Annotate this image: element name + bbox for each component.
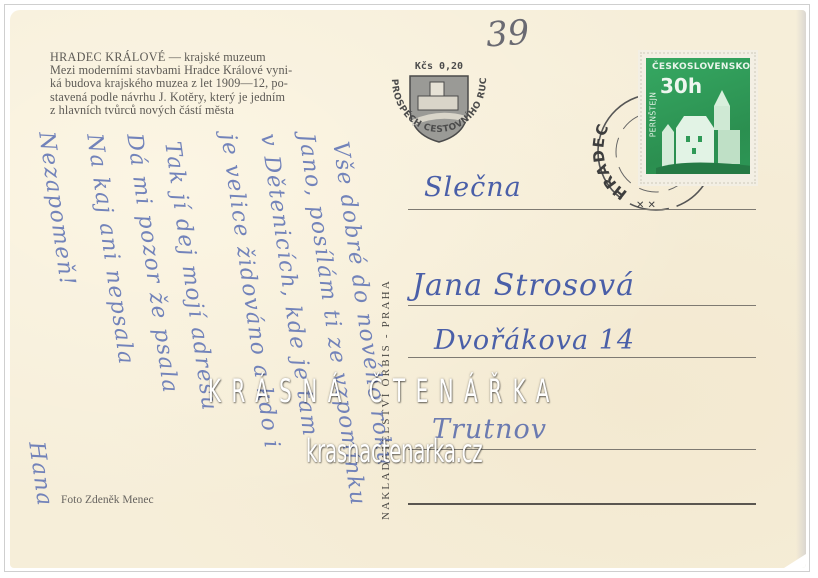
castle-shield-icon: Kčs 0,20 VE PROSPĚCH CESTOVNÍHO RUCHU	[384, 58, 494, 154]
caption-line: ká budova krajského muzea z let 1909—12,…	[50, 77, 390, 90]
address-line	[408, 503, 756, 505]
printed-caption: HRADEC KRÁLOVÉ — krajské muzeum Mezi mod…	[50, 51, 390, 117]
photo-credit: Foto Zdeněk Menec	[61, 494, 154, 506]
postage-stamp: ČESKOSLOVENSKO 30h PERNŠTEJN	[640, 52, 756, 184]
cachet-stamp: Kčs 0,20 VE PROSPĚCH CESTOVNÍHO RUCHU	[384, 58, 494, 154]
caption-title: HRADEC KRÁLOVÉ	[50, 50, 166, 64]
svg-text:HRADEC: HRADEC	[589, 121, 630, 204]
card-edge-shadow	[796, 10, 806, 568]
address-name: Jana Strosová	[412, 268, 635, 303]
card-corner-fold	[784, 554, 806, 568]
watermark-title: KRÁSNÁ ČTENÁŘKA	[208, 372, 462, 410]
handwritten-number: 39	[485, 13, 531, 56]
postmark-city: HRADEC	[589, 121, 630, 204]
caption-line: stavená podle návrhu J. Kotěry, který je…	[50, 91, 390, 104]
castle-icon	[656, 88, 750, 174]
caption-subtitle: — krajské muzeum	[166, 50, 266, 64]
address-salutation: Slečna	[424, 172, 522, 203]
watermark-url: krasnactenarka.cz	[306, 432, 482, 470]
caption-line: z hlavních tvůrců nových částí města	[50, 104, 390, 117]
address-line	[408, 357, 756, 358]
address-street: Dvořákova 14	[434, 325, 635, 356]
stamp-country: ČESKOSLOVENSKO	[652, 62, 748, 72]
address-line	[408, 209, 756, 210]
cachet-top-text: Kčs 0,20	[415, 60, 463, 72]
address-line	[408, 305, 756, 306]
